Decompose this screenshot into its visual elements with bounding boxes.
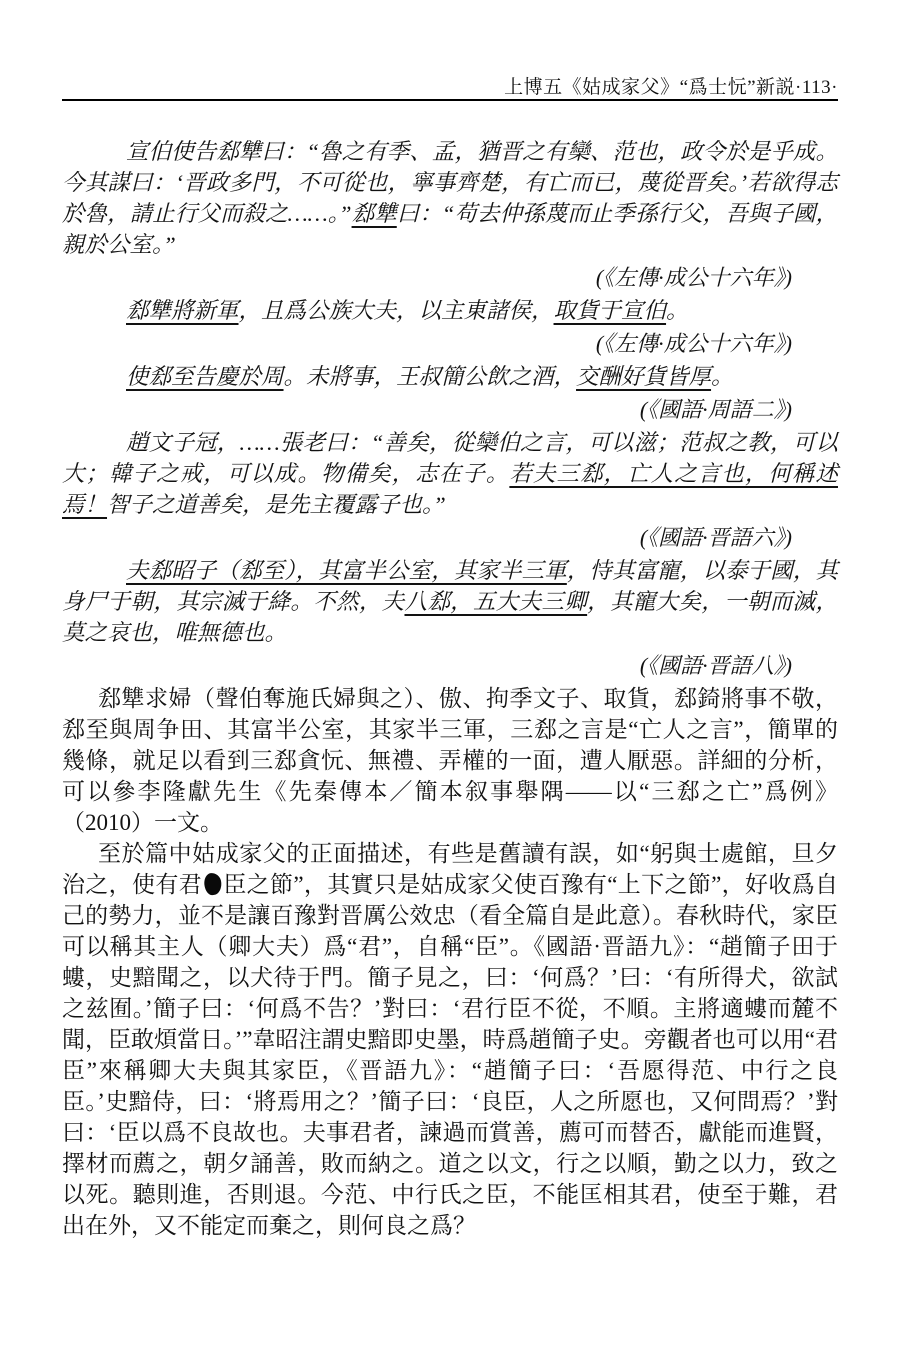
underlined-text: 取貨于宣伯 [554,298,667,323]
underlined-text: 郄犨 [352,201,397,226]
text-run: 郄犨求婦（聲伯奪施氏婦與之）、傲、拘季文子、取貨，郄錡將事不敬，郄至與周争田、其… [62,686,838,835]
underlined-text: 郄犨將新軍 [126,298,239,323]
bamboo-script-glyph [203,872,223,896]
text-run: 臣之節”，其實只是姑成家父使百豫有“上下之節”，好收爲自己的勢力，並不是讓百豫對… [62,872,838,1238]
quote-block: 宣伯使告郄犨曰：“魯之有季、孟，猶晋之有欒、范也，政令於是乎成。今其謀曰：‘晋政… [62,136,838,260]
underlined-text: 夫郄昭子（郄至），其富半公室，其家半三軍 [126,558,567,583]
underlined-text: 交酬好貨皆厚 [576,364,711,389]
citation-line: (《左傳·成公十六年》) [62,262,838,293]
text-run: 智子之道善矣，是先主覆露子也。” [107,492,446,517]
citation-line: (《國語·周語二》) [62,394,838,425]
body-paragraph: 郄犨求婦（聲伯奪施氏婦與之）、傲、拘季文子、取貨，郄錡將事不敬，郄至與周争田、其… [62,683,838,838]
text-run: 。 [666,298,689,323]
quote-block: 趙文子冠，……張老曰：“善矣，從欒伯之言，可以滋；范叔之教，可以大；韓子之戒，可… [62,427,838,520]
text-run: 。 [711,364,734,389]
underlined-text: 使郄至告慶於周 [126,364,284,389]
citation-line: (《國語·晋語六》) [62,522,838,553]
quote-block: 使郄至告慶於周。未將事，王叔簡公飲之酒，交酬好貨皆厚。 [62,361,838,392]
header-rule [62,99,838,101]
citation-line: (《國語·晋語八》) [62,650,838,681]
underlined-text: 八郄，五大夫三卿 [404,589,587,614]
page-body: 宣伯使告郄犨曰：“魯之有季、孟，猶晋之有欒、范也，政令於是乎成。今其謀曰：‘晋政… [62,136,838,1241]
quote-block: 夫郄昭子（郄至），其富半公室，其家半三軍，恃其富寵，以泰于國，其身尸于朝，其宗滅… [62,555,838,648]
quote-block: 郄犨將新軍，且爲公族大夫，以主東諸侯，取貨于宣伯。 [62,295,838,326]
running-header: 上博五《姑成家父》“爲士忨”新説·113· [62,72,838,99]
body-paragraph: 至於篇中姑成家父的正面描述，有些是舊讀有誤，如“躬與士處館，旦夕治之，使有君臣之… [62,838,838,1241]
page-number: ·113· [795,77,838,98]
text-run: ，且爲公族大夫，以主東諸侯， [239,298,554,323]
citation-line: (《左傳·成公十六年》) [62,328,838,359]
text-run: 。未將事，王叔簡公飲之酒， [284,364,577,389]
document-page: 上博五《姑成家父》“爲士忨”新説·113· 宣伯使告郄犨曰：“魯之有季、孟，猶晋… [0,0,909,1364]
running-header-title: 上博五《姑成家父》“爲士忨”新説 [504,77,795,98]
